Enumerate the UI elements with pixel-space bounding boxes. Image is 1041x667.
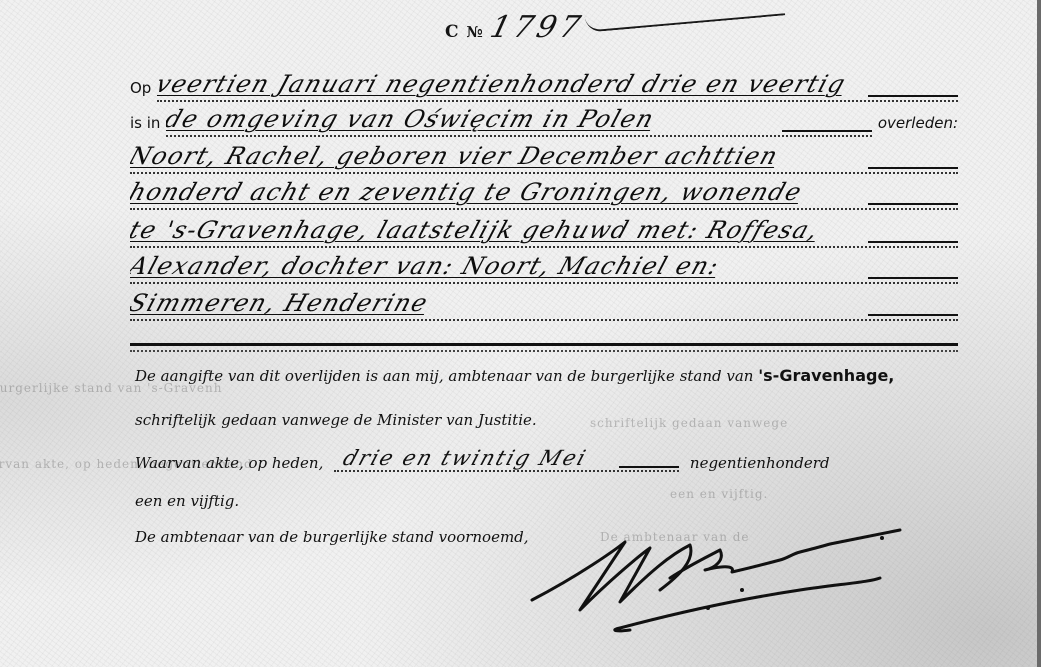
declaration-line-1: De aangifte van dit overlijden is aan mi… — [135, 366, 894, 385]
handwritten-field: de omgeving van Oświęcim in Polen — [166, 104, 871, 137]
handwritten-field: veertien Januari negentienhonderd drie e… — [157, 69, 958, 102]
handwritten-field: Alexander, dochter van: Noort, Machiel e… — [130, 251, 958, 284]
handwritten-date-field: drie en twintig Mei — [334, 446, 679, 472]
page-edge-shadow — [1037, 0, 1041, 667]
deceased-line-5: Simmeren, Henderine — [130, 283, 958, 321]
certificate-number-value: 1797 — [486, 10, 587, 45]
handwritten-field: te 's-Gravenhage, laatstelijk gehuwd met… — [130, 215, 958, 248]
certificate-series: C — [445, 22, 459, 42]
section-divider-dotted — [130, 350, 958, 352]
handwritten-field: Noort, Rachel, geboren vier December ach… — [130, 141, 958, 174]
deceased-line-4: Alexander, dochter van: Noort, Machiel e… — [130, 246, 958, 284]
printed-label: overleden: — [878, 114, 958, 137]
section-divider — [130, 343, 958, 346]
handwritten-field: honderd acht en zeventig te Groningen, w… — [130, 177, 958, 210]
deceased-line-1: Noort, Rachel, geboren vier December ach… — [130, 136, 958, 174]
bleed-through-text: schriftelijk gedaan vanwege — [590, 416, 788, 430]
handwritten-field: Simmeren, Henderine — [130, 288, 958, 321]
deceased-line-3: te 's-Gravenhage, laatstelijk gehuwd met… — [130, 210, 958, 248]
place-name: 's-Gravenhage, — [758, 366, 894, 385]
declaration-line-3: Waarvan akte, op heden, drie en twintig … — [135, 446, 830, 472]
place-of-death-line: is in de omgeving van Oświęcim in Polen … — [130, 99, 958, 137]
signature-icon — [520, 520, 960, 640]
declaration-line-5: De ambtenaar van de burgerlijke stand vo… — [135, 528, 529, 546]
bleed-through-text: een en vijftig. — [670, 487, 768, 501]
declaration-line-2: schriftelijk gedaan vanwege de Minister … — [135, 411, 537, 429]
certificate-number: C № 1797 — [445, 10, 583, 45]
number-sign: № — [467, 23, 483, 41]
declaration-line-4: een en vijftig. — [135, 492, 239, 510]
deceased-line-2: honderd acht en zeventig te Groningen, w… — [130, 172, 958, 210]
printed-label: is in — [130, 114, 160, 137]
date-of-death-line: Op veertien Januari negentienhonderd dri… — [130, 64, 958, 102]
